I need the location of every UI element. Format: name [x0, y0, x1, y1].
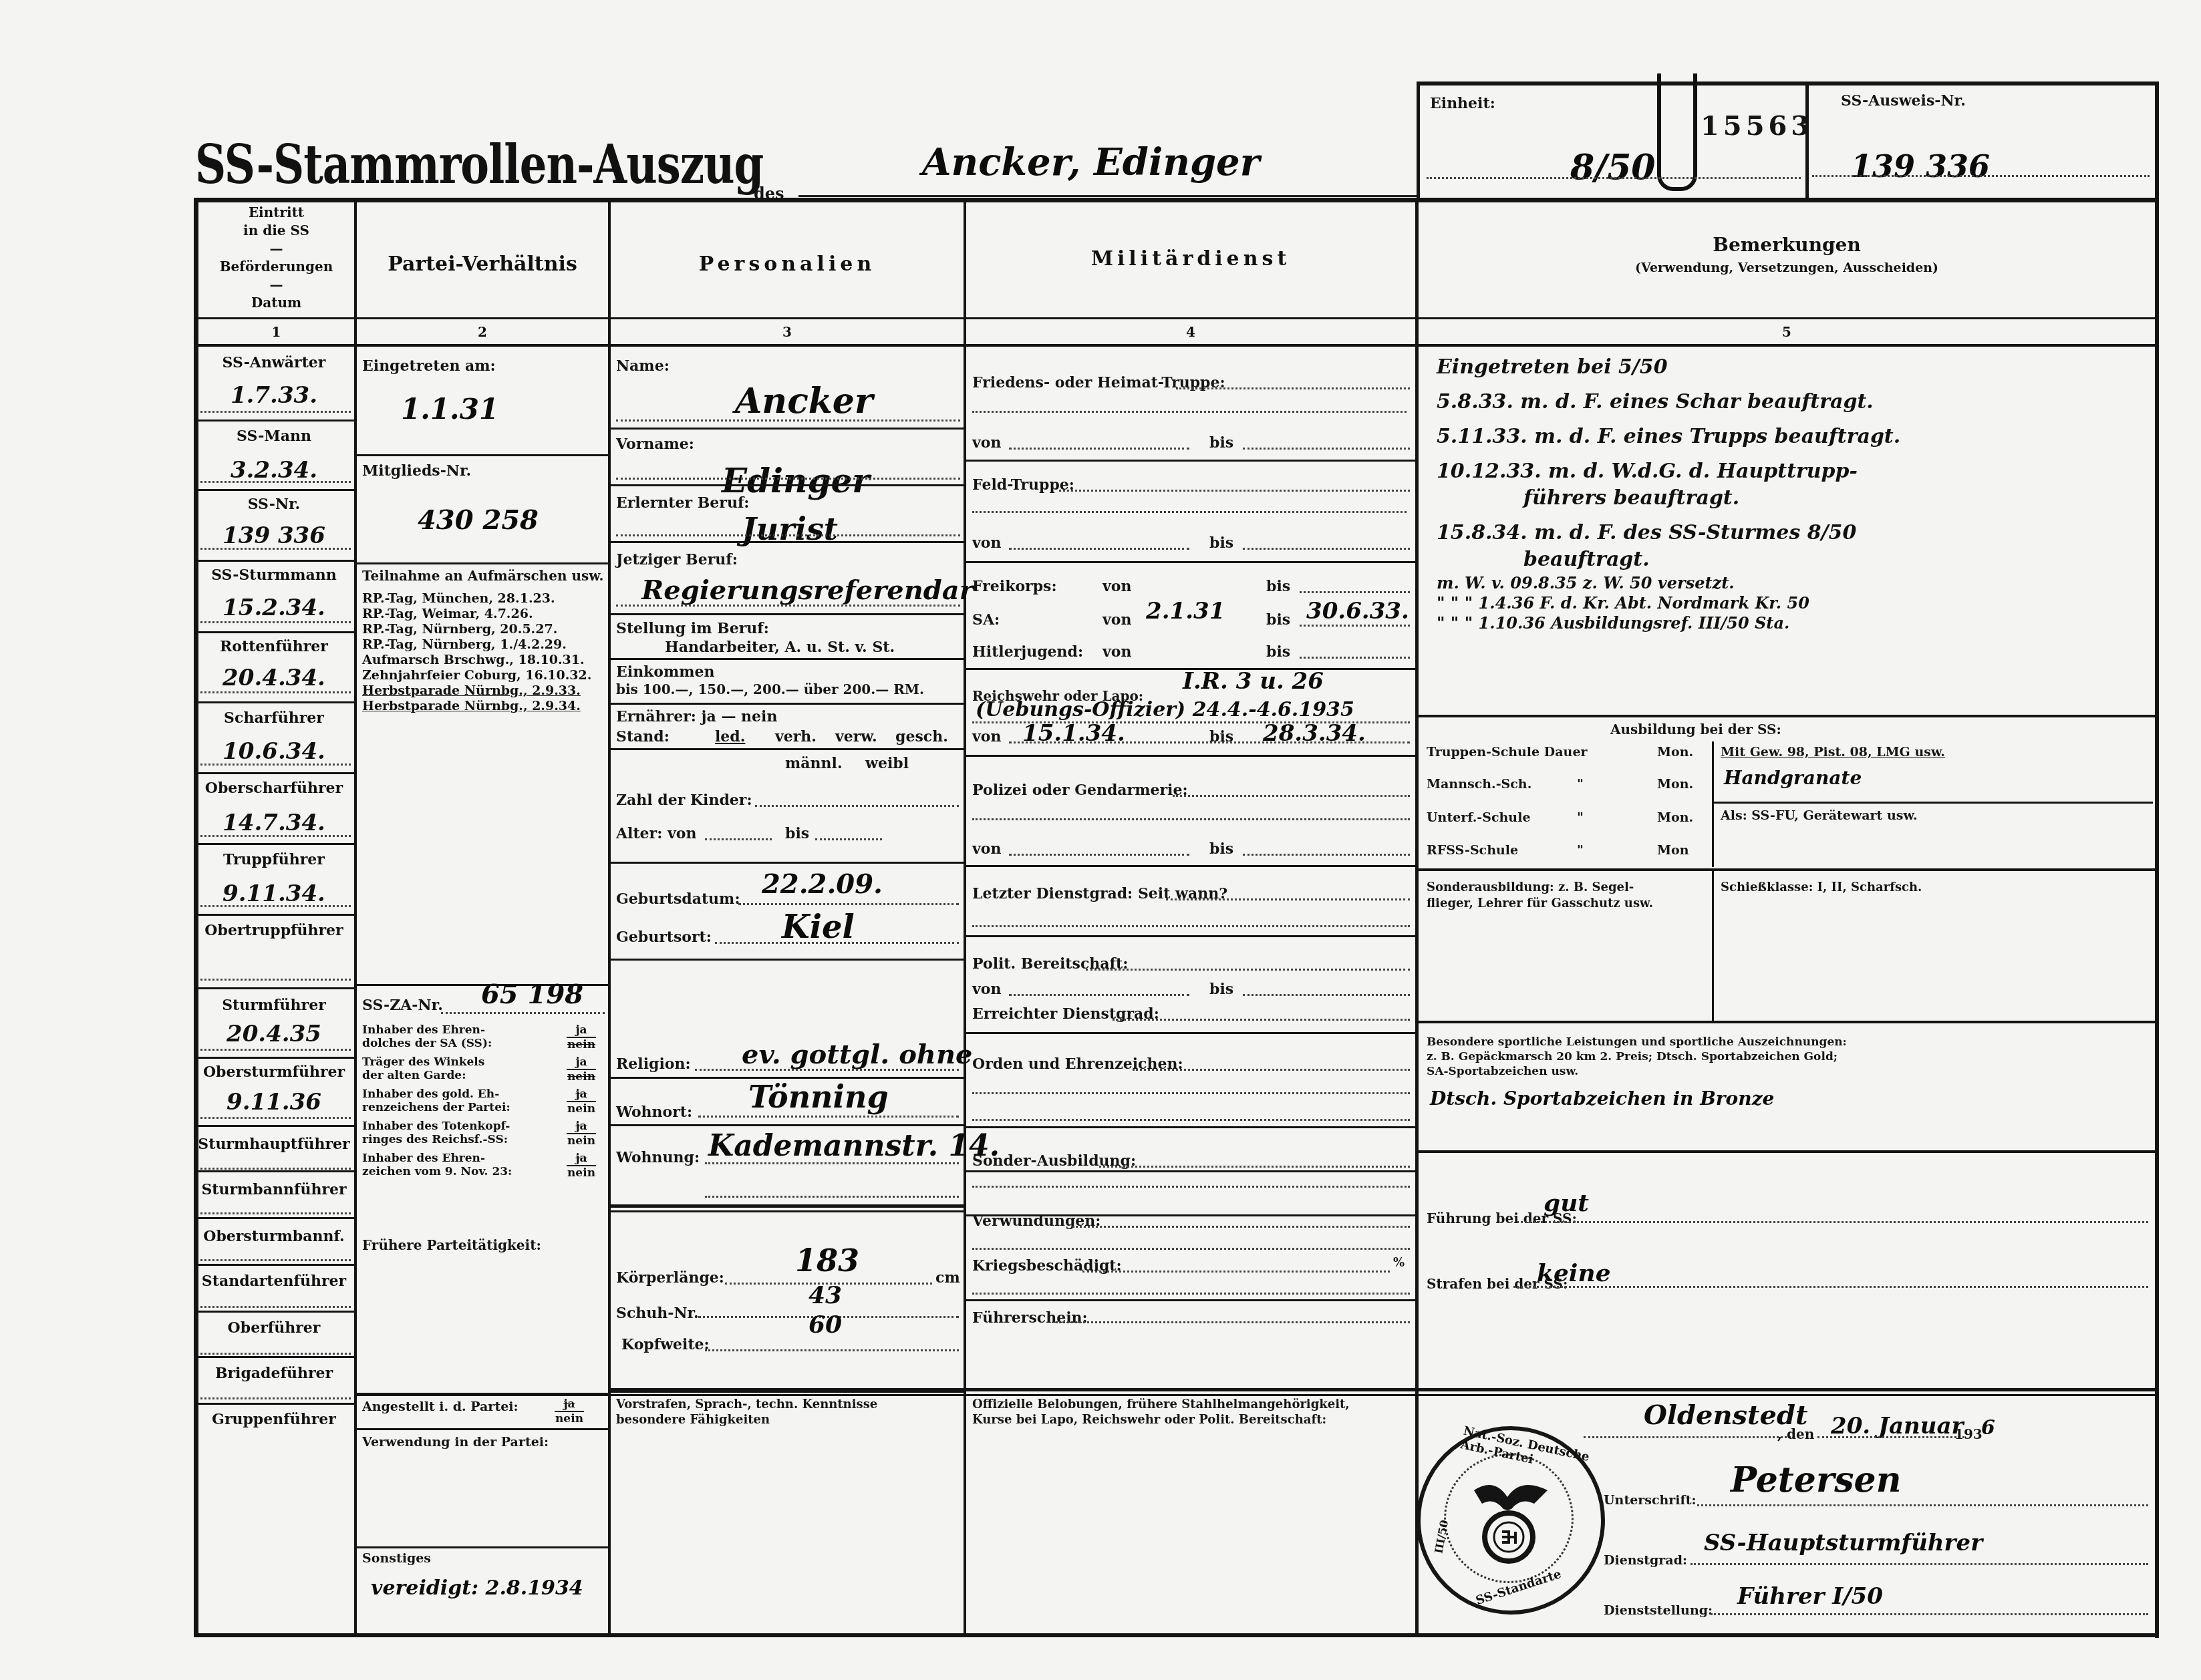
honor-row: Träger des Winkels der alten Garde: jane…	[362, 1055, 603, 1087]
stamp-left-text: III/50	[1433, 1519, 1451, 1554]
sport-label-1: Besondere sportliche Leistungen und spor…	[1427, 1035, 1847, 1049]
koerper-label: Körperlänge:	[616, 1269, 724, 1287]
rank-label: Sturmführer	[194, 997, 354, 1014]
vorname-label: Vorname:	[616, 436, 694, 453]
jetziger-value: Regierungsreferendar	[641, 574, 974, 606]
schule-mannsch-unit: Mon.	[1657, 777, 1693, 792]
col2-number: 2	[357, 324, 608, 340]
hj-bis: bis	[1266, 643, 1290, 661]
friedens-bis: bis	[1209, 434, 1233, 452]
ernaehrer-label: Ernährer: ja — nein	[616, 708, 777, 725]
schule-rfss-unit: Mon	[1657, 843, 1689, 858]
rank-date: 1.7.33.	[194, 382, 354, 409]
stand-label: Stand:	[616, 728, 670, 745]
rank-date: 20.4.34.	[194, 665, 354, 691]
col2-header: Partei-Verhältnis	[357, 253, 608, 276]
kinder-label: Zahl der Kinder:	[616, 792, 752, 809]
religion-label: Religion:	[616, 1055, 691, 1073]
rank-date: 15.2.34.	[194, 595, 354, 621]
name-line	[798, 195, 1420, 197]
teilnahme-item: RP.-Tag, München, 28.1.23.	[362, 591, 591, 607]
ausbildung-label: Ausbildung bei der SS:	[1610, 721, 1781, 737]
polizei-bis: bis	[1209, 840, 1233, 858]
honor-yes-no: janein	[567, 1023, 596, 1051]
rank-label: Oberführer	[194, 1319, 354, 1337]
offizielle-label-1: Offizielle Belobungen, frühere Stahlhelm…	[972, 1397, 1350, 1411]
strafen-value: keine	[1537, 1259, 1611, 1287]
eingetreten-value: 1.1.31	[401, 393, 498, 426]
teilnahme-item: RP.-Tag, Weimar, 4.7.26.	[362, 607, 591, 622]
remark-line: führers beauftragt.	[1437, 485, 2145, 512]
col1-number: 1	[198, 324, 354, 340]
remark-line: beauftragt.	[1437, 546, 2145, 573]
col1-header: Eintritt in die SS — Beförderungen — Dat…	[198, 204, 354, 312]
teilnahme-item: Herbstparade Nürnbg., 2.9.33.	[362, 683, 591, 699]
fuehrerschein-label: Führerschein:	[972, 1309, 1088, 1327]
teilnahme-list: RP.-Tag, München, 28.1.23. RP.-Tag, Weim…	[362, 591, 591, 714]
polizei-label: Polizei oder Gendarmerie:	[972, 782, 1188, 799]
remarks-list: Eingetreten bei 5/50 5.8.33. m. d. F. ei…	[1437, 354, 2145, 633]
rank-date: 139 336	[194, 522, 354, 549]
wohnung-label: Wohnung:	[616, 1149, 700, 1166]
sonstiges-value: vereidigt: 2.8.1934	[371, 1576, 583, 1600]
den-label: , den	[1777, 1426, 1814, 1442]
col4-number: 4	[966, 324, 1415, 340]
sonderausbildung-label-2: flieger, Lehrer für Gasschutz usw.	[1427, 896, 1653, 910]
wohnung-value: Kademannstr. 14.	[708, 1129, 1000, 1163]
honor-yes-no: janein	[567, 1120, 596, 1148]
col1-header-line: —	[198, 240, 354, 258]
sa-nr-label: SS-ZA-Nr.	[362, 997, 443, 1014]
remark-line: 5.8.33. m. d. F. eines Schar beauftragt.	[1437, 389, 2145, 415]
year-suffix: 6	[1981, 1416, 1995, 1440]
kopf-value: 60	[809, 1311, 842, 1339]
sa-nr-value: 65 198	[481, 979, 583, 1010]
document-title: SS-Stammrollen-Auszug	[195, 134, 763, 196]
kriegs-unit: %	[1393, 1256, 1405, 1270]
teilnahme-item: Aufmarsch Brschwg., 18.10.31.	[362, 653, 591, 668]
schiessklasse-label: Schießklasse: I, II, Scharfsch.	[1721, 880, 1922, 894]
honors-list: Inhaber des Ehren- dolches der SA (SS): …	[362, 1023, 603, 1184]
stellung-label: Stellung im Beruf:	[616, 620, 769, 637]
rank-label: Brigadeführer	[194, 1365, 354, 1382]
honor-row: Inhaber des Ehren- dolches der SA (SS): …	[362, 1023, 603, 1055]
remark-line: 5.11.33. m. d. F. eines Trupps beauftrag…	[1437, 424, 2145, 450]
mitglied-value: 430 258	[418, 504, 539, 536]
sonstiges-label: Sonstiges	[362, 1551, 431, 1566]
ausweis-label: SS-Ausweis-Nr.	[1841, 92, 1966, 110]
honor-yes-no: janein	[567, 1087, 596, 1116]
col5-number: 5	[1419, 324, 2155, 340]
ausweis-value: 139 336	[1851, 148, 1990, 184]
col5-subheader: (Verwendung, Versetzungen, Ausscheiden)	[1419, 261, 2155, 275]
reichswehr-value-2: (Uebungs-Offizier) 24.4.-4.6.1935	[976, 698, 1354, 721]
stamp-number: 15563	[1701, 110, 1813, 142]
vorstrafen-label-2: besondere Fähigkeiten	[616, 1413, 770, 1427]
remark-line: " " " 1.10.36 Ausbildungsref. III/50 Sta…	[1437, 613, 2145, 633]
honor-row: Inhaber des Ehren- zeichen vom 9. Nov. 2…	[362, 1152, 603, 1184]
rank-label: Gruppenführer	[194, 1411, 354, 1428]
schule-truppen: Truppen-Schule Dauer	[1427, 745, 1587, 760]
wohnort-label: Wohnort:	[616, 1104, 692, 1121]
mitglied-label: Mitglieds-Nr.	[362, 462, 471, 480]
unterschrift-label: Unterschrift:	[1604, 1493, 1697, 1508]
honor-yes-no: janein	[567, 1152, 596, 1180]
col5-header: Bemerkungen	[1419, 234, 2155, 256]
dienststellung-value: Führer I/50	[1737, 1583, 1883, 1610]
party-stamp: Nat.-Soz. Deutsche Arb.-Partei SS-Standa…	[1417, 1426, 1605, 1615]
freikorps-bis: bis	[1266, 578, 1290, 595]
rank-date: 3.2.34.	[194, 457, 354, 484]
schule-mannsch: Mannsch.-Sch.	[1427, 777, 1531, 792]
dienststellung-label: Dienststellung:	[1604, 1603, 1713, 1618]
rank-label: Rottenführer	[194, 638, 354, 655]
fruehere-label: Frühere Parteitätigkeit:	[362, 1237, 541, 1253]
rank-label: Truppführer	[194, 851, 354, 868]
remark-line: " " " 1.4.36 F. d. Kr. Abt. Nordmark Kr.…	[1437, 593, 2145, 613]
gender-male: männl.	[785, 755, 843, 772]
rank-label: Oberscharführer	[194, 780, 354, 797]
einkommen-options: bis 100.—, 150.—, 200.— über 200.— RM.	[616, 681, 924, 697]
reichswehr-von-label: von	[972, 728, 1001, 745]
col1-header-line: in die SS	[198, 222, 354, 240]
rank-label: Standartenführer	[194, 1273, 354, 1290]
alter-label: Alter: von	[616, 825, 696, 842]
geburtsdatum-value: 22.2.09.	[762, 868, 883, 900]
ditto-mark: "	[1577, 843, 1584, 858]
vorstrafen-label-1: Vorstrafen, Sprach-, techn. Kenntnisse	[616, 1397, 877, 1411]
rank-label: Obertruppführer	[194, 922, 354, 939]
subject-name-handwritten: Ancker, Edinger	[922, 140, 1260, 184]
polit-von: von	[972, 981, 1001, 998]
geburtsort-value: Kiel	[782, 908, 855, 946]
jetziger-label: Jetziger Beruf:	[616, 551, 738, 568]
rank-label: Obersturmführer	[194, 1063, 354, 1081]
sport-label-3: SA-Sportabzeichen usw.	[1427, 1065, 1578, 1078]
unterschrift-value: Petersen	[1731, 1460, 1901, 1500]
sa-label: SA:	[972, 611, 1000, 629]
date-value: 20. Januar	[1831, 1413, 1964, 1440]
verwendung-label: Verwendung in der Partei:	[362, 1435, 549, 1450]
gender-female: weibl	[865, 755, 909, 772]
eagle-swastika-icon	[1467, 1470, 1554, 1570]
rank-label: Sturmhauptführer	[194, 1136, 354, 1153]
erlernter-label: Erlernter Beruf:	[616, 494, 749, 512]
teilnahme-label: Teilnahme an Aufmärschen usw.	[362, 568, 603, 584]
koerper-value: 183	[795, 1242, 859, 1279]
rank-date: 9.11.36	[194, 1089, 354, 1116]
einkommen-label: Einkommen	[616, 663, 715, 681]
honor-row: Inhaber des Totenkopf- ringes des Reichs…	[362, 1120, 603, 1152]
als-label: Als: SS-FU, Gerätewart usw.	[1721, 808, 1918, 823]
col3-number: 3	[611, 324, 964, 340]
rank-label: SS-Mann	[194, 428, 354, 445]
geburtsdatum-label: Geburtsdatum:	[616, 890, 740, 908]
remark-line: Eingetreten bei 5/50	[1437, 354, 2145, 381]
schuh-value: 43	[809, 1281, 842, 1309]
hj-von: von	[1103, 643, 1131, 661]
name-label: Name:	[616, 357, 670, 375]
rank-label: SS-Anwärter	[194, 354, 354, 371]
kopf-label: Kopfweite:	[621, 1336, 710, 1353]
stand-option-verh: verh.	[775, 728, 817, 745]
angestellt-label: Angestellt i. d. Partei:	[362, 1399, 518, 1414]
name-value: Ancker	[735, 381, 873, 422]
reichswehr-value-1: I.R. 3 u. 26	[1183, 668, 1324, 695]
rank-label: SS-Sturmmann	[194, 566, 354, 584]
polit-bis: bis	[1209, 981, 1233, 998]
rank-label: Sturmbannführer	[194, 1181, 354, 1198]
fuehrung-value: gut	[1544, 1189, 1589, 1217]
alter-bis: bis	[785, 825, 809, 842]
schule-unterf-unit: Mon.	[1657, 810, 1693, 825]
stand-option-verw: verw.	[835, 728, 877, 745]
col4-header: Militärdienst	[966, 247, 1415, 271]
sa-von-label: von	[1103, 611, 1131, 629]
sa-von-value: 2.1.31	[1146, 598, 1225, 625]
angestellt-yes-no: janein	[555, 1397, 584, 1425]
schuh-label: Schuh-Nr.	[616, 1305, 699, 1322]
ditto-mark: "	[1577, 810, 1584, 825]
geburtsort-label: Geburtsort:	[616, 929, 712, 946]
rank-label: Scharführer	[194, 709, 354, 727]
remark-line: 10.12.33. m. d. W.d.G. d. Haupttrupp-	[1437, 458, 2145, 485]
teilnahme-item: Herbstparade Nürnbg., 2.9.34.	[362, 699, 591, 714]
col1-header-line: Datum	[198, 294, 354, 312]
honor-row: Inhaber des gold. Eh- renzeichens der Pa…	[362, 1087, 603, 1120]
col1-header-line: —	[198, 276, 354, 294]
feld-von: von	[972, 534, 1001, 552]
col1-header-line: Eintritt	[198, 204, 354, 222]
sport-label-2: z. B. Gepäckmarsch 20 km 2. Preis; Dtsch…	[1427, 1050, 1838, 1063]
sonderausbildung-label-1: Sonderausbildung: z. B. Segel-	[1427, 880, 1634, 894]
stand-option-gesch: gesch.	[895, 728, 948, 745]
stellung-options: Handarbeiter, A. u. St. v. St.	[665, 639, 895, 656]
schule-rfss: RFSS-Schule	[1427, 843, 1518, 858]
wohnort-value: Tönning	[748, 1079, 889, 1115]
feld-bis: bis	[1209, 534, 1233, 552]
dienstgrad-label: Dienstgrad:	[1604, 1553, 1687, 1568]
rank-date: 9.11.34.	[194, 880, 354, 907]
stand-option-led: led.	[715, 728, 745, 745]
religion-value: ev. gottgl. ohne	[742, 1039, 972, 1070]
freikorps-von: von	[1103, 578, 1131, 595]
sa-bis-value: 30.6.33.	[1306, 598, 1409, 625]
rank-date: 20.4.35	[194, 1021, 354, 1047]
remark-line: 15.8.34. m. d. F. des SS-Sturmes 8/50	[1437, 520, 2145, 546]
friedens-von: von	[972, 434, 1001, 452]
rank-label: SS-Nr.	[194, 496, 354, 513]
gewehr-value: Handgranate	[1724, 767, 1862, 789]
gewehr-label: Mit Gew. 98, Pist. 08, LMG usw.	[1721, 745, 1945, 760]
remark-line: m. W. v. 09.8.35 z. W. 50 versetzt.	[1437, 573, 2145, 593]
offizielle-label-2: Kurse bei Lapo, Reichswehr oder Polit. B…	[972, 1413, 1326, 1427]
honor-yes-no: janein	[567, 1055, 596, 1083]
einheit-label: Einheit:	[1430, 95, 1495, 112]
polizei-von: von	[972, 840, 1001, 858]
teilnahme-item: RP.-Tag, Nürnberg, 1./4.2.29.	[362, 637, 591, 653]
teilnahme-item: Zehnjahrfeier Coburg, 16.10.32.	[362, 668, 591, 683]
rank-label: Obersturmbannf.	[194, 1228, 354, 1245]
teilnahme-item: RP.-Tag, Nürnberg, 20.5.27.	[362, 622, 591, 637]
einheit-value: 8/50	[1570, 147, 1656, 188]
dienstgrad-value: SS-Hauptsturmführer	[1704, 1530, 1983, 1556]
schule-unterf: Unterf.-Schule	[1427, 810, 1530, 825]
hj-label: Hitlerjugend:	[972, 643, 1083, 661]
paperclip-mark	[1657, 73, 1697, 191]
ditto-mark: "	[1577, 777, 1584, 792]
koerper-unit: cm	[935, 1269, 960, 1287]
schule-truppen-unit: Mon.	[1657, 745, 1693, 760]
rank-date: 14.7.34.	[194, 810, 354, 836]
sport-value: Dtsch. Sportabzeichen in Bronze	[1430, 1087, 1774, 1110]
col1-header-line: Beförderungen	[198, 258, 354, 276]
year-prefix: 193	[1954, 1426, 1983, 1442]
sa-bis-label: bis	[1266, 611, 1290, 629]
eingetreten-label: Eingetreten am:	[362, 357, 496, 375]
col3-header: Personalien	[611, 253, 964, 276]
rank-date: 10.6.34.	[194, 738, 354, 765]
freikorps-label: Freikorps:	[972, 578, 1057, 595]
